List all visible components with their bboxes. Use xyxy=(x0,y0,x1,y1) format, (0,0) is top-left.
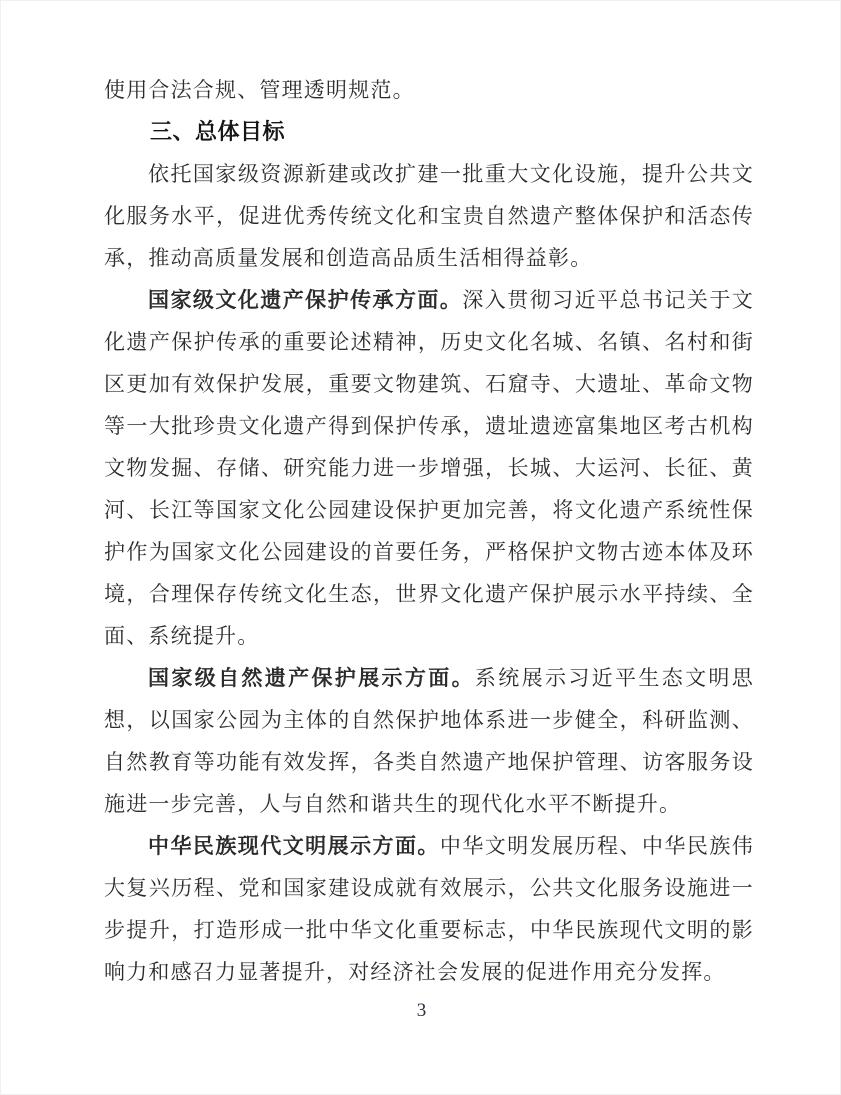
text-line: 大复兴历程、党和国家建设成就有效展示，公共文化服务设施进一 xyxy=(104,867,754,909)
line-text: 想，以国家公园为主体的自然保护地体系进一步健全，科研监测、 xyxy=(104,708,754,732)
text-line: 河、长江等国家文化公园建设保护更加完善，将文化遗产系统性保 xyxy=(104,489,754,531)
line-text: 使用合法合规、管理透明规范。 xyxy=(104,78,415,102)
line-text: 步提升，打造形成一批中华文化重要标志，中华民族现代文明的影 xyxy=(104,918,754,942)
line-text: 响力和感召力显著提升，对经济社会发展的促进作用充分发挥。 xyxy=(104,960,726,984)
line-text: 大复兴历程、党和国家建设成就有效展示，公共文化服务设施进一 xyxy=(104,876,754,900)
text-line: 等一大批珍贵文化遗产得到保护传承，遗址遗迹富集地区考古机构 xyxy=(104,405,754,447)
text-line: 响力和感召力显著提升，对经济社会发展的促进作用充分发挥。 xyxy=(104,951,754,993)
paragraph-lead: 国家级自然遗产保护展示方面。 xyxy=(148,666,475,690)
line-text: 护作为国家文化公园建设的首要任务，严格保护文物古迹本体及环 xyxy=(104,540,754,564)
text-line: 承，推动高质量发展和创造高品质生活相得益彰。 xyxy=(104,237,754,279)
line-text: 化遗产保护传承的重要论述精神，历史文化名城、名镇、名村和街 xyxy=(104,330,754,354)
text-line: 步提升，打造形成一批中华文化重要标志，中华民族现代文明的影 xyxy=(104,909,754,951)
text-line: 文物发掘、存储、研究能力进一步增强，长城、大运河、长征、黄 xyxy=(104,447,754,489)
text-line: 中华民族现代文明展示方面。中华文明发展历程、中华民族伟 xyxy=(104,825,754,867)
line-text: 区更加有效保护发展，重要文物建筑、石窟寺、大遗址、革命文物 xyxy=(104,372,754,396)
line-text: 等一大批珍贵文化遗产得到保护传承，遗址遗迹富集地区考古机构 xyxy=(104,414,754,438)
text-line: 境，合理保存传统文化生态，世界文化遗产保护展示水平持续、全 xyxy=(104,573,754,615)
text-line: 施进一步完善，人与自然和谐共生的现代化水平不断提升。 xyxy=(104,783,754,825)
text-line: 化服务水平，促进优秀传统文化和宝贵自然遗产整体保护和活态传 xyxy=(104,195,754,237)
line-text: 河、长江等国家文化公园建设保护更加完善，将文化遗产系统性保 xyxy=(104,498,754,522)
line-text: 化服务水平，促进优秀传统文化和宝贵自然遗产整体保护和活态传 xyxy=(104,204,754,228)
text-line: 想，以国家公园为主体的自然保护地体系进一步健全，科研监测、 xyxy=(104,699,754,741)
page-number: 3 xyxy=(1,996,841,1026)
text-line: 区更加有效保护发展，重要文物建筑、石窟寺、大遗址、革命文物 xyxy=(104,363,754,405)
section-heading: 三、总体目标 xyxy=(104,111,754,153)
text-line: 依托国家级资源新建或改扩建一批重大文化设施，提升公共文 xyxy=(104,153,754,195)
line-text: 深入贯彻习近平总书记关于文 xyxy=(462,288,754,312)
line-text: 自然教育等功能有效发挥，各类自然遗产地保护管理、访客服务设 xyxy=(104,750,754,774)
line-text: 境，合理保存传统文化生态，世界文化遗产保护展示水平持续、全 xyxy=(104,582,754,606)
line-text: 系统展示习近平生态文明思 xyxy=(475,666,754,690)
paragraph-lead: 国家级文化遗产保护传承方面。 xyxy=(148,288,462,312)
text-line: 护作为国家文化公园建设的首要任务，严格保护文物古迹本体及环 xyxy=(104,531,754,573)
line-text: 中华文明发展历程、中华民族伟 xyxy=(440,834,754,858)
line-text: 依托国家级资源新建或改扩建一批重大文化设施，提升公共文 xyxy=(148,162,754,186)
text-line: 国家级文化遗产保护传承方面。深入贯彻习近平总书记关于文 xyxy=(104,279,754,321)
text-line: 使用合法合规、管理透明规范。 xyxy=(104,69,754,111)
text-line: 面、系统提升。 xyxy=(104,615,754,657)
line-text: 施进一步完善，人与自然和谐共生的现代化水平不断提升。 xyxy=(104,792,681,816)
text-line: 自然教育等功能有效发挥，各类自然遗产地保护管理、访客服务设 xyxy=(104,741,754,783)
document-page: 使用合法合规、管理透明规范。 三、总体目标 依托国家级资源新建或改扩建一批重大文… xyxy=(0,0,841,1095)
line-text: 承，推动高质量发展和创造高品质生活相得益彰。 xyxy=(104,246,592,270)
body-text: 使用合法合规、管理透明规范。 三、总体目标 依托国家级资源新建或改扩建一批重大文… xyxy=(104,69,754,993)
line-text: 文物发掘、存储、研究能力进一步增强，长城、大运河、长征、黄 xyxy=(104,456,754,480)
line-text: 面、系统提升。 xyxy=(104,624,259,648)
text-line: 化遗产保护传承的重要论述精神，历史文化名城、名镇、名村和街 xyxy=(104,321,754,363)
paragraph-lead: 中华民族现代文明展示方面。 xyxy=(148,834,440,858)
text-line: 国家级自然遗产保护展示方面。系统展示习近平生态文明思 xyxy=(104,657,754,699)
